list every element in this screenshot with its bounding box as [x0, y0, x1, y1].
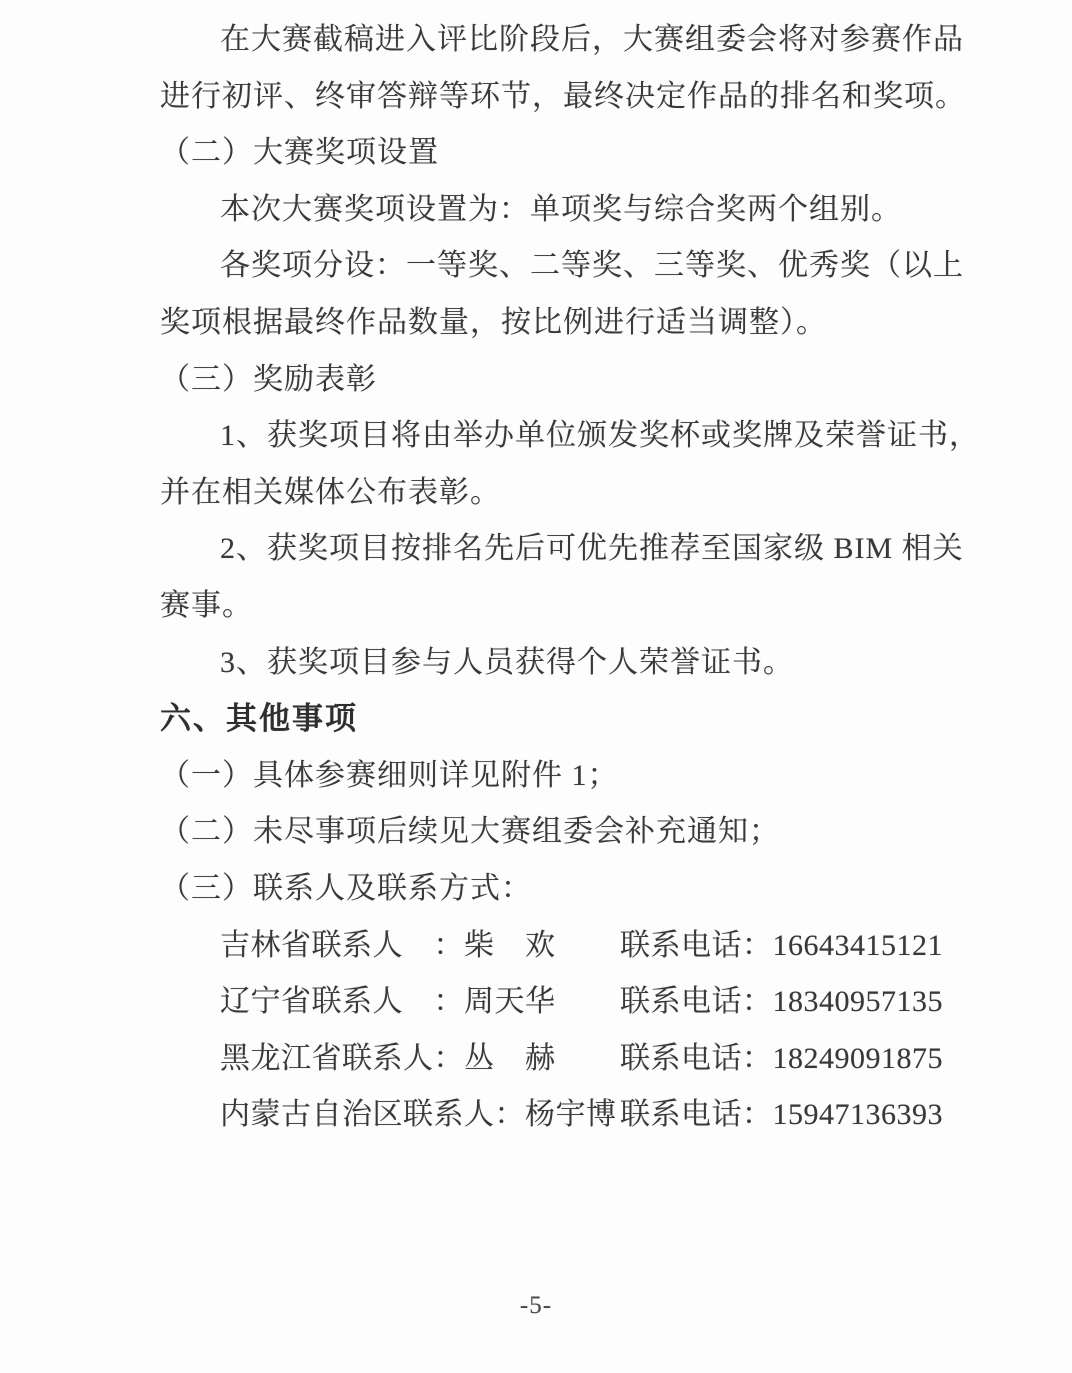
paragraph-line: （二）大赛奖项设置 — [160, 125, 1000, 182]
contact-row: 吉林省联系人 ：柴 欢联系电话：16643415121 — [160, 918, 1000, 975]
contact-name: 辽宁省联系人 ：周天华 — [220, 974, 620, 1031]
contact-row: 内蒙古自治区联系人：杨宇博联系电话：15947136393 — [160, 1087, 1000, 1144]
section-heading: 六、其他事项 — [160, 691, 1000, 748]
paragraph-line: 奖项根据最终作品数量，按比例进行适当调整）。 — [160, 295, 1000, 352]
paragraph-line: 1、获奖项目将由举办单位颁发奖杯或奖牌及荣誉证书， — [160, 408, 1000, 465]
paragraph-line: 并在相关媒体公布表彰。 — [160, 465, 1000, 522]
contact-phone: 联系电话：15947136393 — [620, 1087, 943, 1144]
paragraph-line: 各奖项分设：一等奖、二等奖、三等奖、优秀奖（以上 — [160, 238, 1000, 295]
contact-phone: 联系电话：18249091875 — [620, 1031, 943, 1088]
paragraph-line: （一）具体参赛细则详见附件 1； — [160, 748, 1000, 805]
document-content: 在大赛截稿进入评比阶段后，大赛组委会将对参赛作品进行初评、终审答辩等环节，最终决… — [160, 12, 1000, 1144]
paragraph-line: （三）联系人及联系方式： — [160, 861, 1000, 918]
contact-phone: 联系电话：18340957135 — [620, 974, 943, 1031]
paragraph-line: （三）奖励表彰 — [160, 352, 1000, 409]
paragraph-line: 3、获奖项目参与人员获得个人荣誉证书。 — [160, 635, 1000, 692]
document-page: 在大赛截稿进入评比阶段后，大赛组委会将对参赛作品进行初评、终审答辩等环节，最终决… — [0, 0, 1072, 1373]
paragraph-line: 在大赛截稿进入评比阶段后，大赛组委会将对参赛作品 — [160, 12, 1000, 69]
contact-name: 内蒙古自治区联系人：杨宇博 — [220, 1087, 620, 1144]
contact-row: 辽宁省联系人 ：周天华联系电话：18340957135 — [160, 974, 1000, 1031]
paragraph-line: 进行初评、终审答辩等环节，最终决定作品的排名和奖项。 — [160, 69, 1000, 126]
paragraph-line: 本次大赛奖项设置为：单项奖与综合奖两个组别。 — [160, 182, 1000, 239]
contact-phone: 联系电话：16643415121 — [620, 918, 943, 975]
paragraph-line: 2、获奖项目按排名先后可优先推荐至国家级 BIM 相关 — [160, 521, 1000, 578]
contact-name: 黑龙江省联系人：丛 赫 — [220, 1031, 620, 1088]
paragraph-line: 赛事。 — [160, 578, 1000, 635]
paragraph-line: （二）未尽事项后续见大赛组委会补充通知； — [160, 804, 1000, 861]
contact-name: 吉林省联系人 ：柴 欢 — [220, 918, 620, 975]
contact-row: 黑龙江省联系人：丛 赫联系电话：18249091875 — [160, 1031, 1000, 1088]
page-number: -5- — [0, 1292, 1072, 1320]
